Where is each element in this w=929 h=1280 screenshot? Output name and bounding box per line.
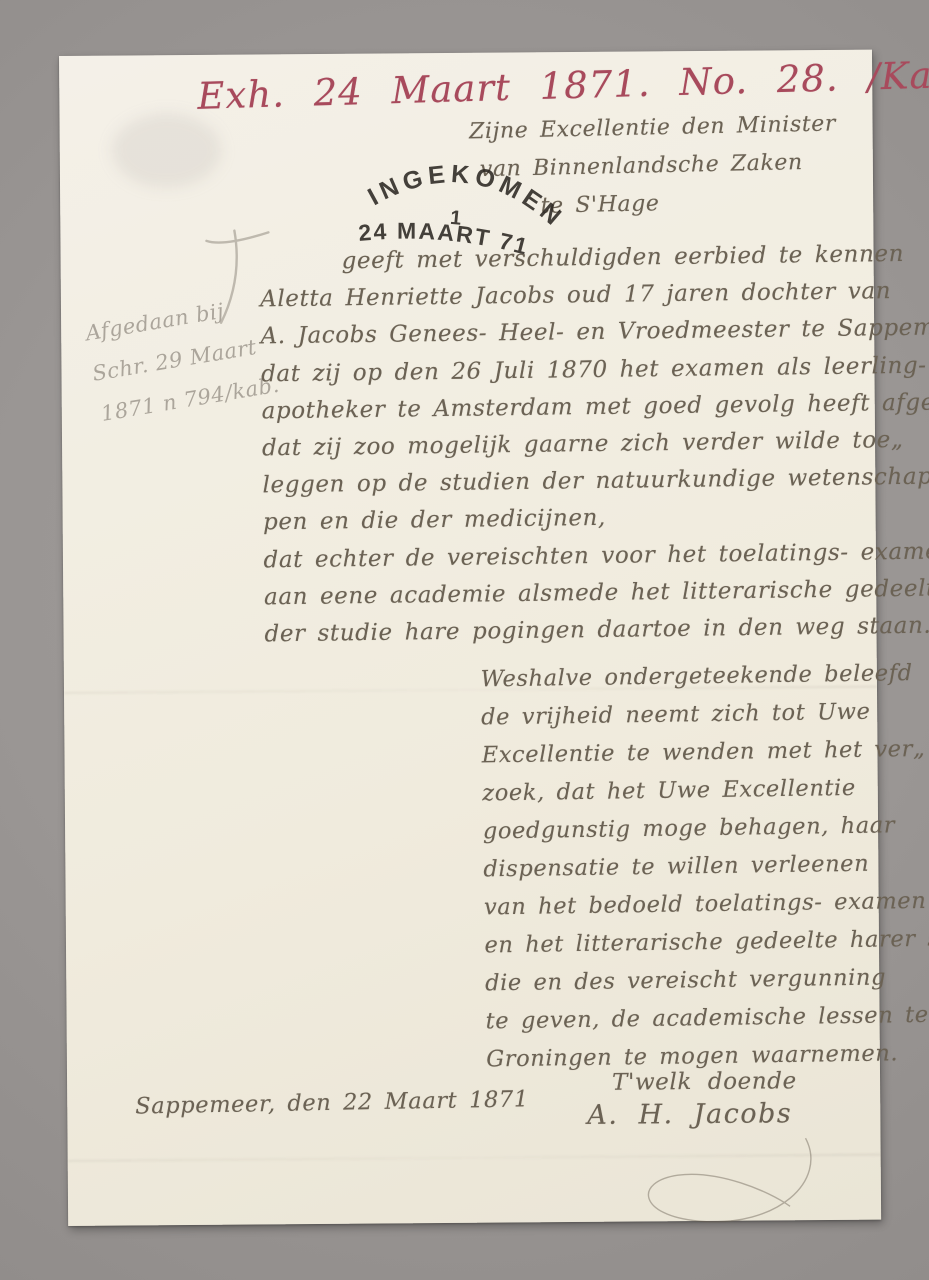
signature: A. H. Jacobs — [587, 1098, 792, 1131]
handwritten-line: die en des vereischt vergunning — [485, 957, 929, 1002]
letter-body-request-part: Weshalve ondergeteekende beleefd de vrij… — [480, 653, 929, 1078]
handwritten-line: dispensatie te willen verleenen — [483, 843, 929, 888]
handwritten-line: Excellentie te wenden met het ver„ — [481, 729, 929, 774]
handwritten-line: van het bedoeld toelatings- examen — [484, 881, 929, 926]
pencil-annotation: Afgedaan bij Schr. 29 Maart 1871 n 794/k… — [83, 284, 283, 435]
letter-paper: Exh. 24 Maart 1871. No. 28. /Kab Zijne E… — [59, 50, 881, 1226]
photographed-document-scene: Exh. 24 Maart 1871. No. 28. /Kab Zijne E… — [0, 0, 929, 1280]
handwritten-line: Weshalve ondergeteekende beleefd — [480, 653, 929, 698]
handwritten-line: goedgunstig moge behagen, haar — [483, 805, 929, 850]
handwritten-line: de vrijheid neemt zich tot Uwe — [481, 691, 929, 736]
paper-smudge — [111, 113, 222, 189]
closing-formula: T'welk doende — [612, 1068, 797, 1095]
letter-body-first-part: geeft met verschuldigden eerbied te kenn… — [259, 235, 929, 654]
handwritten-line: zoek, dat het Uwe Excellentie — [482, 767, 929, 812]
fold-crease — [68, 1154, 881, 1162]
handwritten-line: en het litterarische gedeelte harer stu„ — [484, 919, 929, 964]
signature-flourish — [537, 1110, 868, 1253]
handwritten-line: te geven, de academische lessen te — [485, 995, 929, 1040]
place-date-line: Sappemeer, den 22 Maart 1871 — [135, 1086, 529, 1119]
